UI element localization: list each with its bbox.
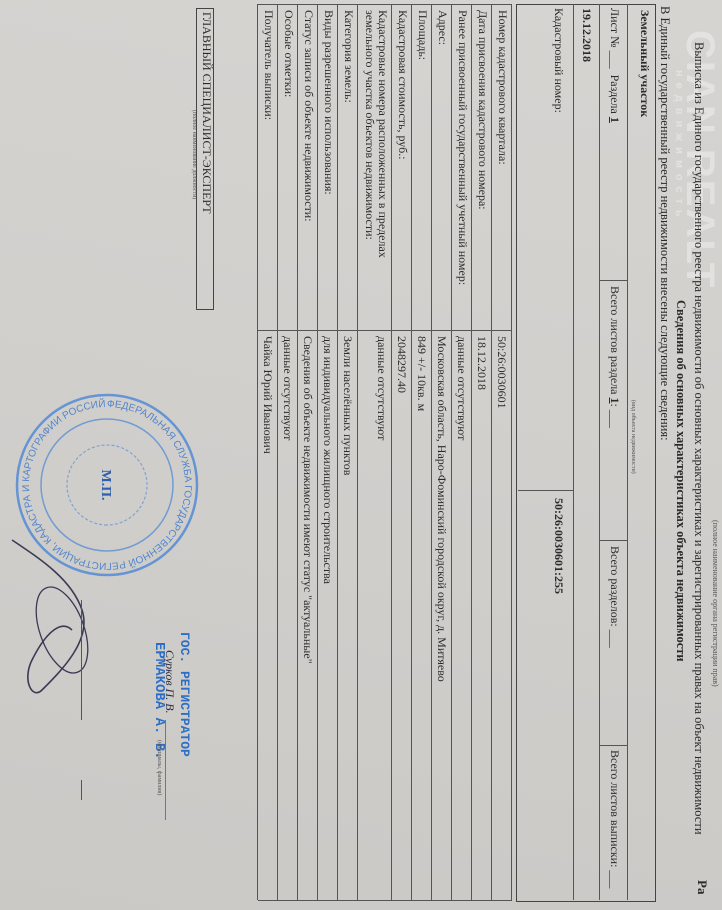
document-subtitle: Сведения об основных характеристиках объ… [673, 300, 688, 662]
row-value: 50:26:0030601 [494, 336, 509, 409]
registrar-stamp-title: ГОС. РЕГИСТРАТОР [177, 632, 192, 757]
initials-caption: (инициалы, фамилия) [156, 740, 162, 795]
row-value: для индивидуального жилищного строительс… [320, 336, 335, 584]
row-label: Кадастровая стоимость, руб.: [396, 10, 409, 160]
document-page: CIAN REALT недвижимость (полное наименов… [0, 0, 722, 910]
row-value: Чайка Юрий Иванович [260, 336, 275, 454]
signature-scribble [2, 520, 162, 720]
total-sheets-section: Всего листов раздела 1: ___ [607, 286, 622, 428]
row-label: Кадастровые номера расположенных в преде… [363, 10, 389, 258]
document-intro: В Единый государственный реестр недвижим… [657, 6, 672, 441]
total-sheets: Всего листов выписки: ___ [607, 750, 622, 888]
cadastral-number-label: Кадастровый номер: [551, 8, 566, 113]
extract-date: 19.12.2018 [579, 8, 594, 62]
row-value: 18.12.2018 [474, 336, 489, 390]
row-label: Категория земель: [342, 10, 355, 103]
row-value: данные отсутствуют [454, 336, 469, 440]
organ-caption: (полное наименование органа регистрации … [711, 520, 720, 687]
row-label: Получатель выписки: [262, 10, 275, 120]
object-type: Земельный участок [637, 10, 652, 117]
document-title: Выписка из Единого государственного реес… [691, 42, 706, 835]
row-label: Адрес: [436, 10, 449, 45]
total-sections: Всего разделов: ___ [607, 546, 622, 648]
row-value: 2048297.40 [394, 336, 409, 393]
row-value: данные отсутствуют [280, 336, 295, 440]
row-value: Сведения об объекте недвижимости имеют с… [300, 336, 315, 664]
row-label: Виды разрешенного использования: [322, 10, 335, 195]
row-value: Московская область, Наро-Фоминский город… [434, 336, 449, 682]
object-type-caption: (вид объекта недвижимости) [630, 400, 636, 474]
cadastral-number: 50:26:0030601:255 [551, 498, 566, 594]
svg-text:М.П.: М.П. [98, 469, 113, 500]
row-label: Дата присвоения кадастрового номера: [476, 10, 489, 210]
row-label: Статус записи об объекте недвижимости: [302, 10, 315, 222]
row-value: данные отсутствуют [374, 336, 389, 440]
position-caption: (полное наименование должности) [191, 110, 197, 199]
page-marker: Ра [694, 880, 710, 894]
sheet-row: Лист № ___ Раздела 1 [607, 8, 622, 123]
row-value: 849 +/- 10кв. м [414, 336, 429, 411]
row-label: Ранее присвоенный государственный учетны… [456, 10, 469, 285]
row-value: Земли населённых пунктов [340, 336, 355, 475]
row-label: Особые отметки: [282, 10, 295, 97]
signer-position: ГЛАВНЫЙ СПЕЦИАЛИСТ-ЭКСПЕРТ [199, 12, 214, 214]
row-label: Площадь: [416, 10, 429, 60]
row-label: Номер кадастрового квартала: [496, 10, 509, 165]
